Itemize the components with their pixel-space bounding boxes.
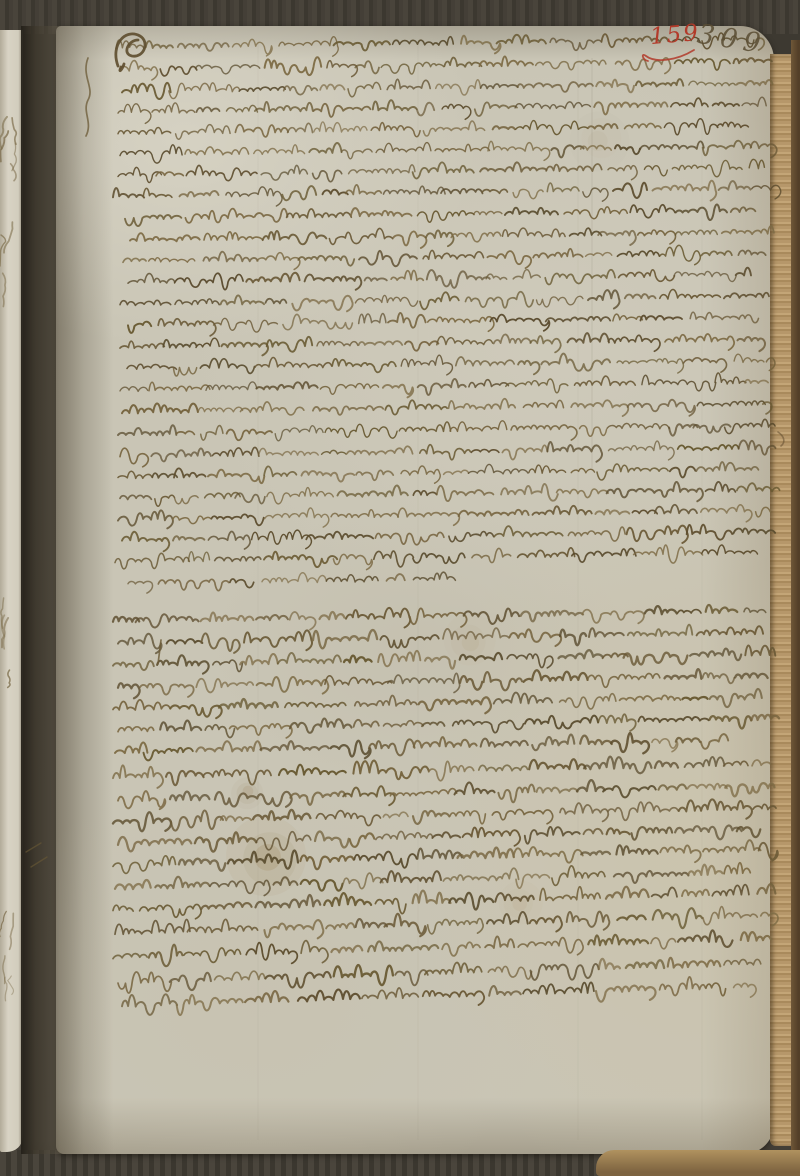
fore-edge-mark [778,432,784,446]
handwriting-line [118,505,770,529]
handwriting-line [115,863,750,896]
handwriting-line [120,56,772,79]
bleedthrough-stroke [12,118,16,144]
handwriting-line [120,373,768,397]
handwriting-line [113,689,762,718]
handwriting-line [120,482,780,506]
text-block-entry-1 [113,33,781,593]
handwriting-line [115,545,758,570]
margin-brace [86,58,90,136]
bleedthrough-stroke [0,911,6,936]
handwriting-line [130,226,774,248]
bleedthrough-stroke [1,598,4,628]
text-block-entry-2 [113,605,779,1015]
handwriting-line [118,97,766,123]
stain [243,786,254,797]
handwriting-line [122,79,773,99]
handwriting-line [120,333,765,355]
handwriting-line [122,399,772,416]
handwriting-line [128,572,455,593]
bleedthrough-stroke [8,976,14,995]
bleedthrough-stroke [8,670,10,687]
handwriting-line [113,605,766,630]
handwriting-line [123,245,766,269]
handwriting-line [118,119,748,139]
handwriting-line [120,440,776,466]
handwriting-line [115,907,778,939]
handwriting-line [118,780,774,809]
handwriting-line [113,840,778,873]
handwriting-line [118,669,768,698]
handwriting-line [113,757,770,788]
handwriting-line [125,204,755,226]
handwriting-line [113,645,775,673]
handwriting-layer [0,0,800,1176]
margin-tick [26,843,47,867]
handwriting-line [127,354,775,376]
handwriting-line [128,312,759,336]
handwriting-line [120,141,777,163]
book-photo: 159 309 [0,0,800,1176]
handwriting-line [122,525,775,552]
bleedthrough-stroke [4,222,13,253]
handwriting-line [118,462,758,483]
handwriting-line [113,181,781,206]
handwriting-line [118,419,775,440]
handwriting-line [113,799,776,831]
bleedthrough-stroke [10,913,14,949]
bleedthrough-stroke [3,956,5,984]
folio-number-red: 159 [649,20,701,50]
bleedthrough-stroke [11,164,16,181]
handwriting-line [120,289,769,311]
handwriting-line [118,625,763,654]
bleedthrough-stroke [3,273,6,306]
handwriting-line [128,268,751,290]
handwriting-line [118,159,764,182]
handwriting-line [122,977,756,1015]
previous-page-ink [0,117,16,1001]
handwriting-line [115,733,728,760]
